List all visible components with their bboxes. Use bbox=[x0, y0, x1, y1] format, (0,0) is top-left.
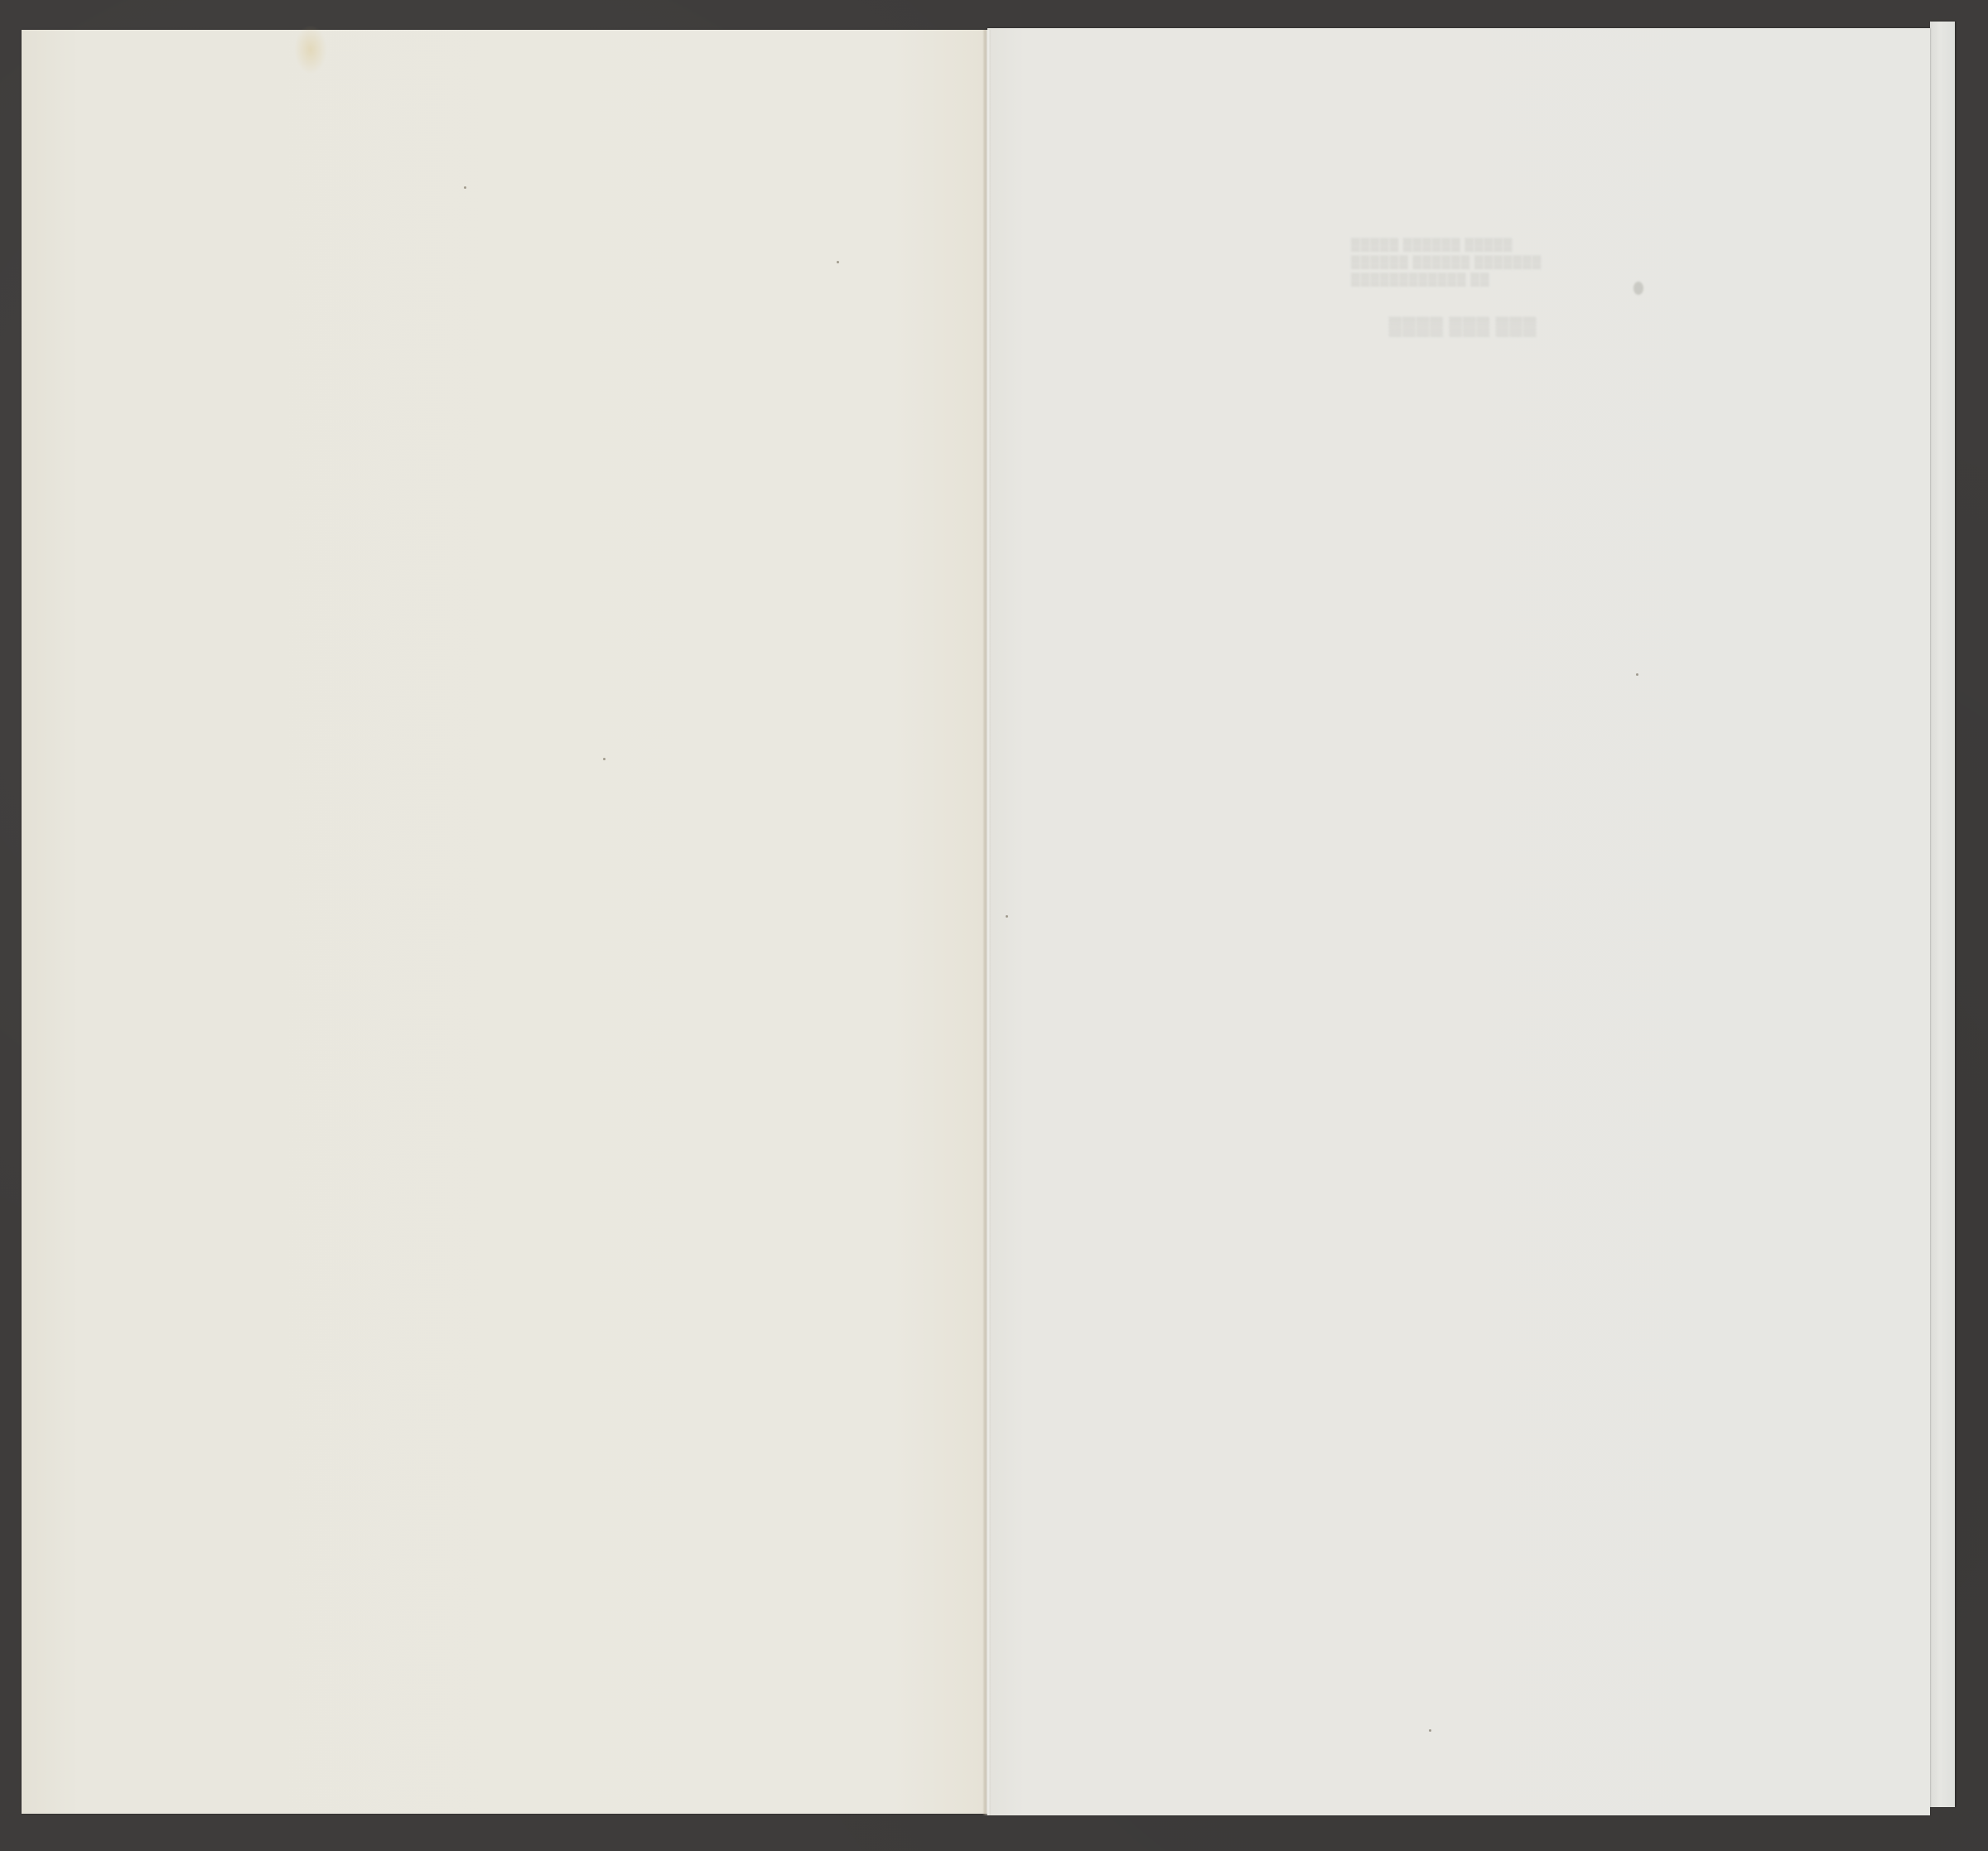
stamp-line: ▒▒ ▒▒▒▒▒▒▒▒▒▒▒▒ bbox=[1350, 272, 1574, 289]
paper-speck bbox=[1006, 915, 1008, 918]
paper-speck bbox=[1429, 1729, 1431, 1732]
paper-speck bbox=[837, 261, 839, 263]
stamp-date: ▒▒▒ ▒▒▒ ▒▒▒▒ bbox=[1350, 317, 1574, 335]
paper-speck bbox=[1636, 673, 1638, 676]
paper-speck bbox=[464, 186, 466, 189]
paper-stain bbox=[294, 25, 327, 75]
paper-speck bbox=[603, 758, 606, 760]
stamp-line: ▒▒▒▒▒▒▒ ▒▒▒▒▒▒ ▒▒▒▒▒▒ bbox=[1350, 254, 1574, 272]
page-stack-edge bbox=[1930, 22, 1955, 1807]
left-page bbox=[22, 30, 987, 1814]
bleed-through-mark bbox=[1633, 282, 1643, 295]
book-gutter bbox=[982, 30, 991, 1815]
stamp-line: ▒▒▒▒▒ ▒▒▒▒▒▒ ▒▒▒▒▒ bbox=[1350, 237, 1574, 254]
bleed-through-stamp: ▒▒▒▒▒ ▒▒▒▒▒▒ ▒▒▒▒▒ ▒▒▒▒▒▒▒ ▒▒▒▒▒▒ ▒▒▒▒▒▒… bbox=[1350, 237, 1574, 335]
